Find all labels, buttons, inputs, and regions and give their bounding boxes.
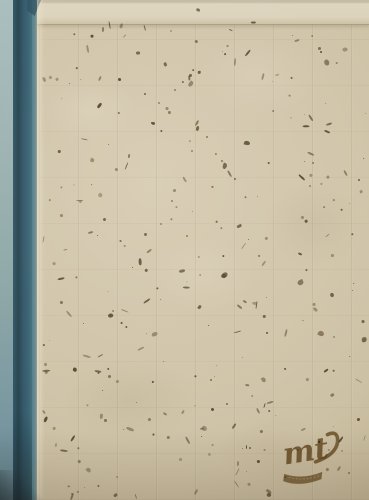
paper-fleck — [233, 330, 241, 333]
paper-fleck — [330, 393, 334, 397]
paper-fleck — [304, 114, 306, 116]
paper-fleck — [284, 367, 287, 370]
paper-fleck — [76, 200, 83, 201]
paper-fleck — [145, 268, 149, 272]
paper-fleck — [292, 35, 293, 36]
paper-fleck — [57, 277, 65, 280]
paper-fleck — [332, 425, 333, 426]
paper-fleck — [112, 493, 117, 498]
paper-fleck — [160, 130, 162, 132]
paper-fleck — [167, 436, 170, 439]
paper-fleck — [313, 302, 316, 305]
paper-fleck — [210, 379, 212, 381]
paper-fleck — [297, 279, 304, 286]
paper-fleck — [261, 260, 266, 266]
paper-fleck — [267, 400, 274, 404]
paper-fleck — [143, 25, 146, 31]
paper-fleck — [148, 417, 152, 421]
paper-fleck — [237, 304, 242, 309]
paper-fleck — [118, 78, 121, 81]
paper-fleck — [336, 62, 338, 64]
paper-fleck — [323, 368, 328, 373]
paper-fleck — [205, 135, 208, 138]
paper-fleck — [91, 184, 92, 185]
paper-fleck — [55, 443, 58, 447]
paper-fleck — [288, 95, 290, 97]
paper-fleck — [198, 71, 201, 74]
paper-fleck — [243, 140, 250, 145]
paper-fleck — [333, 370, 335, 372]
paper-fleck — [258, 254, 261, 257]
paper-fleck — [166, 107, 169, 110]
paper-fleck — [100, 414, 104, 419]
paper-fleck — [320, 51, 322, 53]
paper-fleck — [76, 446, 79, 449]
paper-fleck — [124, 245, 126, 247]
paper-fleck — [235, 468, 240, 475]
paper-fleck — [255, 301, 257, 309]
paper-fleck — [259, 429, 263, 433]
paper-fleck — [60, 450, 68, 453]
paper-fleck — [178, 458, 181, 461]
paper-fleck — [115, 380, 119, 384]
paper-fleck — [97, 192, 103, 198]
paper-fleck — [261, 73, 264, 80]
paper-fleck — [284, 329, 288, 337]
paper-fleck — [264, 449, 266, 451]
paper-fleck — [66, 310, 73, 317]
paper-fleck — [168, 111, 171, 114]
paper-fleck — [237, 461, 239, 466]
paper-fleck — [243, 195, 246, 198]
paper-fleck — [175, 206, 178, 209]
paper-fleck — [56, 78, 60, 82]
paper-fleck — [322, 205, 324, 207]
paper-fleck — [197, 305, 202, 310]
publisher-monogram: mt — [280, 431, 331, 473]
paper-fleck — [134, 494, 137, 499]
paper-fleck — [69, 83, 71, 85]
paper-fleck — [58, 150, 61, 153]
bottom-left-shadow — [0, 470, 44, 500]
paper-fleck — [108, 144, 110, 146]
paper-fleck — [263, 403, 266, 408]
paper-fleck — [357, 418, 360, 421]
paper-fleck — [358, 179, 361, 182]
paper-fleck — [208, 453, 212, 457]
paper-fleck — [88, 231, 93, 234]
paper-fleck — [120, 240, 122, 242]
paper-fleck — [146, 248, 152, 253]
paper-fleck — [216, 365, 218, 367]
paper-fleck — [341, 208, 343, 210]
paper-fleck — [271, 110, 274, 113]
paper-fleck — [236, 224, 241, 228]
paper-fleck — [112, 309, 115, 312]
paper-fleck — [86, 45, 89, 53]
paper-fleck — [309, 185, 311, 187]
paper-fleck — [171, 200, 173, 202]
paper-fleck — [198, 273, 201, 276]
paper-fleck — [97, 102, 103, 108]
paper-fleck — [325, 102, 326, 103]
paper-fleck — [275, 415, 276, 416]
paper-fleck — [222, 163, 228, 170]
paper-fleck — [163, 360, 165, 362]
paper-fleck — [68, 486, 70, 488]
paper-fleck — [341, 47, 347, 53]
paper-fleck — [263, 315, 267, 319]
paper-fleck — [188, 80, 195, 87]
paper-fleck — [248, 446, 250, 448]
paper-fleck — [101, 27, 104, 32]
paper-fleck — [82, 323, 83, 324]
paper-fleck — [73, 184, 75, 186]
paper-fleck — [170, 30, 172, 32]
paper-fleck — [300, 215, 304, 219]
paper-fleck — [210, 408, 214, 412]
paper-fleck — [108, 21, 110, 29]
paper-fleck — [265, 236, 269, 240]
paper-fleck — [61, 98, 63, 100]
paper-fleck — [103, 218, 107, 222]
paper-fleck — [98, 75, 102, 80]
paper-fleck — [317, 330, 325, 337]
paper-fleck — [139, 258, 142, 265]
paper-fleck — [75, 276, 78, 279]
paper-fleck — [363, 158, 364, 159]
paper-fleck — [136, 51, 140, 54]
paper-fleck — [331, 254, 334, 257]
paper-fleck — [49, 340, 51, 342]
paper-fleck — [215, 152, 218, 155]
paper-fleck — [73, 33, 75, 35]
paper-fleck — [196, 8, 200, 12]
paper-fleck — [119, 23, 124, 28]
paper-fleck — [70, 492, 73, 495]
paper-fleck — [307, 152, 314, 156]
paper-fleck — [160, 223, 162, 225]
paper-fleck — [80, 79, 82, 81]
paper-fleck — [202, 426, 207, 431]
paper-fleck — [97, 235, 98, 236]
paper-fleck — [365, 113, 366, 114]
paper-fleck — [308, 114, 313, 121]
paper-fleck — [124, 162, 128, 170]
paper-fleck — [182, 286, 190, 289]
paper-fleck — [195, 126, 199, 132]
paper-fleck — [146, 333, 148, 335]
paper-fleck — [363, 435, 366, 441]
paper-fleck — [174, 89, 177, 92]
paper-fleck — [194, 39, 197, 42]
paper-fleck — [121, 322, 123, 324]
paper-fleck — [151, 380, 154, 383]
paper-fleck — [275, 73, 280, 76]
paper-fleck — [325, 59, 330, 65]
paper-fleck — [215, 221, 217, 223]
paper-fleck — [233, 58, 236, 66]
paper-fleck — [64, 249, 68, 251]
paper-fleck — [350, 233, 353, 236]
paper-fleck — [128, 154, 131, 159]
paper-fleck — [266, 331, 269, 334]
paper-fleck — [228, 170, 233, 177]
paper-fleck — [324, 130, 330, 134]
paper-fleck — [173, 189, 176, 192]
paper-fleck — [327, 176, 330, 179]
paper-fleck — [160, 299, 162, 301]
paper-fleck — [231, 423, 236, 429]
paper-fleck — [75, 66, 77, 68]
paper-fleck — [189, 74, 192, 77]
paper-fleck — [245, 49, 251, 56]
paper-fleck — [189, 139, 191, 141]
paper-fleck — [106, 367, 109, 370]
paper-fleck — [86, 467, 92, 474]
paper-fleck — [201, 428, 205, 430]
paper-fleck — [201, 436, 202, 437]
book-spine — [13, 0, 32, 500]
paper-fleck — [343, 170, 347, 176]
paper-fleck — [207, 324, 209, 326]
paper-fleck — [162, 411, 166, 415]
paper-fleck — [291, 76, 293, 78]
paper-fleck — [127, 426, 135, 431]
paper-fleck — [152, 122, 156, 126]
paper-fleck — [136, 402, 137, 403]
paper-fleck — [221, 274, 227, 279]
paper-fleck — [85, 403, 88, 406]
paper-fleck — [183, 176, 187, 182]
paper-fleck — [132, 267, 134, 269]
paper-fleck — [223, 53, 225, 55]
paper-fleck — [164, 62, 168, 67]
paper-fleck — [332, 336, 335, 339]
paper-fleck — [59, 300, 63, 304]
paper-fleck — [155, 287, 158, 290]
paper-fleck — [301, 319, 303, 321]
paper-fleck — [261, 377, 267, 384]
paper-fleck — [247, 239, 248, 240]
paper-fleck — [123, 428, 125, 430]
paper-fleck — [222, 51, 224, 53]
paper-fleck — [53, 261, 56, 264]
publisher-emblem-graphic: mt — [274, 428, 354, 488]
paper-fleck — [103, 419, 106, 422]
paper-fleck — [102, 389, 103, 390]
paper-fleck — [312, 162, 315, 165]
paper-fleck — [234, 178, 237, 181]
paper-fleck — [298, 252, 303, 256]
paper-fleck — [353, 283, 355, 285]
paper-fleck — [325, 123, 331, 127]
paper-fleck — [195, 120, 200, 126]
book-cover-photo: mt — [0, 0, 369, 500]
paper-fleck — [212, 186, 214, 188]
paper-fleck — [193, 405, 195, 407]
paper-fleck — [89, 157, 95, 162]
paper-fleck — [170, 217, 173, 220]
publisher-emblem: mt — [274, 428, 354, 488]
paper-fleck — [246, 445, 247, 449]
paper-fleck — [115, 476, 118, 479]
paper-fleck — [242, 448, 243, 449]
paper-fleck — [185, 436, 190, 444]
paper-fleck — [144, 232, 148, 236]
paper-fleck — [91, 34, 94, 37]
paper-fleck — [245, 384, 250, 387]
paper-fleck — [265, 297, 266, 298]
paper-fleck — [309, 174, 312, 177]
paper-fleck — [311, 35, 314, 38]
paper-fleck — [185, 234, 188, 237]
paper-fleck — [241, 357, 242, 358]
paper-fleck — [153, 434, 155, 436]
paper-fleck — [362, 337, 367, 343]
paper-fleck — [181, 409, 185, 413]
paper-fleck — [121, 309, 129, 313]
paper-fleck — [108, 374, 112, 378]
paper-fleck — [182, 81, 184, 83]
paper-fleck — [304, 161, 305, 162]
paper-fleck — [69, 493, 73, 500]
paper-fleck — [252, 302, 257, 306]
paper-fleck — [348, 203, 349, 204]
paper-fleck — [349, 356, 351, 358]
paper-fleck — [214, 376, 216, 378]
paper-fleck — [321, 183, 323, 185]
paper-fleck — [117, 112, 119, 114]
paper-fleck — [122, 34, 125, 38]
paper-fleck — [250, 395, 253, 398]
paper-fleck — [49, 199, 51, 201]
paper-fleck — [192, 211, 194, 213]
paper-fleck — [247, 483, 251, 487]
paper-fleck — [77, 460, 81, 464]
paper-fleck — [94, 370, 101, 373]
paper-fleck — [303, 125, 310, 127]
paper-fleck — [151, 331, 157, 336]
paper-fleck — [59, 213, 62, 216]
paper-fleck — [362, 320, 365, 323]
paper-fleck — [97, 484, 100, 487]
paper-fleck — [97, 372, 99, 374]
paper-fleck — [268, 162, 270, 164]
paper-fleck — [73, 367, 77, 372]
paper-fleck — [82, 354, 90, 358]
paper-fleck — [60, 186, 63, 189]
paper-fleck — [144, 93, 146, 95]
paper-fleck — [266, 488, 272, 494]
paper-fleck — [325, 234, 330, 238]
paper-fleck — [222, 255, 225, 258]
paper-fleck — [352, 289, 354, 291]
paper-fleck — [191, 150, 193, 152]
spine-highlight-edge — [0, 0, 13, 500]
paper-fleck — [294, 38, 299, 41]
paper-fleck — [220, 226, 223, 229]
paper-fleck — [267, 492, 272, 497]
paper-fleck — [79, 200, 83, 204]
paper-fleck — [256, 408, 260, 414]
paper-fleck — [221, 272, 228, 279]
paper-fleck — [114, 168, 118, 172]
paper-fleck — [138, 347, 145, 352]
paper-fleck — [221, 160, 223, 162]
paper-fleck — [333, 199, 335, 201]
paper-fleck — [355, 378, 362, 383]
paper-fleck — [212, 444, 214, 446]
hinge-highlight — [37, 0, 45, 500]
paper-fleck — [226, 402, 229, 405]
paper-fleck — [70, 435, 75, 442]
paper-fleck — [83, 487, 84, 488]
paper-fleck — [272, 80, 274, 82]
paper-fleck — [359, 189, 363, 193]
paper-fleck — [228, 29, 232, 32]
paper-fleck — [192, 68, 194, 70]
paper-fleck — [188, 76, 191, 81]
paper-fleck — [251, 21, 256, 23]
paper-fleck — [179, 269, 185, 273]
paper-fleck — [329, 292, 334, 297]
paper-fleck — [226, 45, 228, 47]
paper-fleck — [108, 313, 114, 318]
paper-fleck — [193, 374, 196, 377]
paper-fleck — [257, 460, 261, 464]
paper-fleck — [246, 471, 248, 473]
paper-fleck — [313, 307, 318, 312]
paper-fleck — [106, 291, 108, 293]
paper-fleck — [318, 47, 321, 50]
paper-fleck — [186, 280, 188, 282]
paper-fleck — [158, 101, 161, 104]
paper-fleck — [125, 326, 128, 329]
paper-fleck — [298, 174, 305, 181]
paper-fleck — [305, 268, 308, 271]
speckle-texture — [0, 0, 369, 500]
paper-fleck — [198, 256, 201, 259]
paper-fleck — [257, 196, 259, 198]
paper-fleck — [234, 480, 239, 487]
paper-fleck — [53, 427, 56, 430]
paper-fleck — [243, 300, 247, 304]
paper-fleck — [194, 489, 199, 496]
paper-fleck — [305, 377, 309, 381]
paper-fleck — [81, 138, 88, 140]
paper-fleck — [290, 117, 292, 119]
paper-fleck — [76, 490, 78, 492]
paper-fleck — [67, 485, 70, 488]
paper-fleck — [98, 354, 104, 358]
paper-fleck — [305, 220, 308, 223]
paper-fleck — [240, 243, 246, 251]
paper-fleck — [144, 298, 151, 304]
paper-fleck — [151, 122, 153, 124]
paper-fleck — [268, 410, 271, 413]
paper-fleck — [48, 75, 52, 79]
